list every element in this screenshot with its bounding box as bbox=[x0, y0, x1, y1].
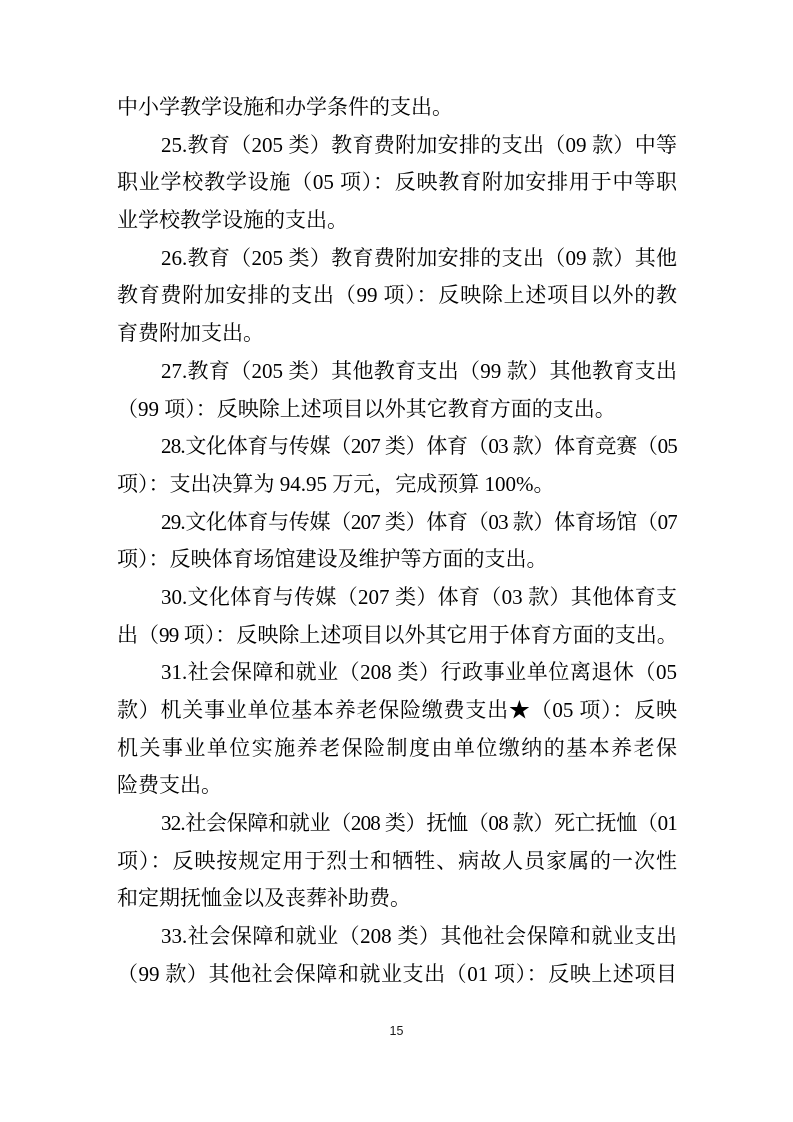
text-line: 29.文化体育与传媒（207 类）体育（03 款）体育场馆（07 bbox=[117, 504, 677, 542]
text-line: （99 项）：反映除上述项目以外其它教育方面的支出。 bbox=[117, 391, 677, 429]
document-page: 中小学教学设施和办学条件的支出。25.教育（205 类）教育费附加安排的支出（0… bbox=[0, 0, 793, 1122]
text-line: 出（99 项）：反映除上述项目以外其它用于体育方面的支出。 bbox=[117, 617, 677, 655]
text-line: 项）：反映按规定用于烈士和牺牲、病故人员家属的一次性 bbox=[117, 843, 677, 881]
text-line: 中小学教学设施和办学条件的支出。 bbox=[117, 89, 677, 127]
text-line: 33.社会保障和就业（208 类）其他社会保障和就业支出 bbox=[117, 918, 677, 956]
text-line: 教育费附加安排的支出（99 项）：反映除上述项目以外的教 bbox=[117, 277, 677, 315]
page-number: 15 bbox=[390, 1024, 404, 1038]
text-line: 30.文化体育与传媒（207 类）体育（03 款）其他体育支 bbox=[117, 579, 677, 617]
text-line: 险费支出。 bbox=[117, 767, 677, 805]
text-line: 和定期抚恤金以及丧葬补助费。 bbox=[117, 880, 677, 918]
text-line: 业学校教学设施的支出。 bbox=[117, 202, 677, 240]
text-line: 机关事业单位实施养老保险制度由单位缴纳的基本养老保 bbox=[117, 730, 677, 768]
text-line: 28.文化体育与传媒（207 类）体育（03 款）体育竞赛（05 bbox=[117, 428, 677, 466]
text-block: 中小学教学设施和办学条件的支出。25.教育（205 类）教育费附加安排的支出（0… bbox=[117, 89, 677, 994]
text-line: 育费附加支出。 bbox=[117, 315, 677, 353]
text-line: 项）：支出决算为 94.95 万元，完成预算 100%。 bbox=[117, 466, 677, 504]
text-line: 27.教育（205 类）其他教育支出（99 款）其他教育支出 bbox=[117, 353, 677, 391]
page-footer: 15 bbox=[0, 1024, 793, 1038]
text-line: 26.教育（205 类）教育费附加安排的支出（09 款）其他 bbox=[117, 240, 677, 278]
text-line: 25.教育（205 类）教育费附加安排的支出（09 款）中等 bbox=[117, 127, 677, 165]
text-line: 职业学校教学设施（05 项）：反映教育附加安排用于中等职 bbox=[117, 164, 677, 202]
text-line: 32.社会保障和就业（208 类）抚恤（08 款）死亡抚恤（01 bbox=[117, 805, 677, 843]
text-line: （99 款）其他社会保障和就业支出（01 项）：反映上述项目 bbox=[117, 956, 677, 994]
text-line: 项）：反映体育场馆建设及维护等方面的支出。 bbox=[117, 541, 677, 579]
text-line: 31.社会保障和就业（208 类）行政事业单位离退休（05 bbox=[117, 654, 677, 692]
text-line: 款）机关事业单位基本养老保险缴费支出★（05 项）：反映 bbox=[117, 692, 677, 730]
